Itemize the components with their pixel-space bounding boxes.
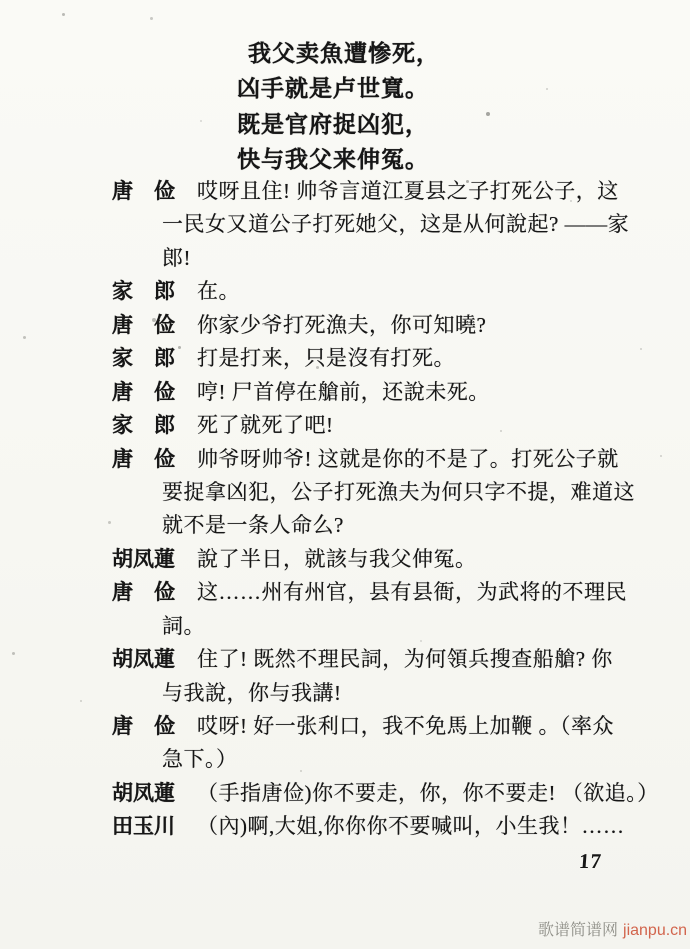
dialogue-block: 唐 俭哎呀且住! 帅爷言道江夏县之子打死公子，这一民女又道公子打死她父，这是从何… [0, 175, 690, 844]
dialogue-text: 要捉拿凶犯，公子打死漁夫为何只字不提，难道这 [162, 480, 635, 504]
scan-speckle [612, 186, 615, 189]
dialogue-text: 一民女又道公子打死她父，这是从何說起? ——家 [162, 212, 629, 236]
watermark-site-url: jianpu.cn [623, 922, 687, 939]
dialogue-text: 这……州有州官，县有县衙，为武将的不理民 [197, 580, 627, 604]
scan-speckle [150, 17, 153, 20]
scan-speckle [570, 200, 572, 202]
dialogue-line: 田玉川（內)啊,大姐,你你你不要喊叫，小生我！…… [0, 810, 690, 843]
dialogue-line: 詞。 [0, 610, 690, 643]
dialogue-text: 住了! 既然不理民詞，为何領兵搜查船艙? 你 [197, 647, 613, 671]
dialogue-line: 家 郎打是打来，只是沒有打死。 [0, 342, 690, 375]
dialogue-text: （內)啊,大姐,你你你不要喊叫，小生我！…… [197, 814, 625, 838]
speaker-name: 唐 俭 [112, 576, 175, 609]
scan-speckle [660, 455, 662, 457]
dialogue-line: 唐 俭你家少爷打死漁夫，你可知曉? [0, 309, 690, 342]
scan-speckle [80, 700, 82, 702]
dialogue-line: 唐 俭这……州有州官，县有县衙，为武将的不理民 [0, 576, 690, 609]
speaker-name: 唐 俭 [112, 443, 175, 476]
verse-line: 我父卖魚遭惨死， [0, 36, 690, 71]
scan-speckle [12, 652, 15, 655]
dialogue-line: 与我說，你与我講! [0, 677, 690, 710]
scan-speckle [178, 346, 181, 349]
dialogue-text: 說了半日，就該与我父伸冤。 [197, 547, 477, 571]
dialogue-text: 死了就死了吧! [197, 413, 334, 437]
dialogue-line: 就不是一条人命么? [0, 509, 690, 542]
scan-speckle [200, 120, 202, 122]
scan-speckle [546, 88, 548, 90]
scan-speckle [316, 366, 319, 369]
dialogue-line: 一民女又道公子打死她父，这是从何說起? ——家 [0, 208, 690, 241]
dialogue-line: 胡凤蓮（手指唐俭)你不要走，你，你不要走! （欲追。） [0, 777, 690, 810]
speaker-name: 唐 俭 [112, 309, 175, 342]
scan-speckle [500, 430, 502, 432]
speaker-name: 唐 俭 [112, 710, 175, 743]
verse-line: 快与我父来伸冤。 [0, 142, 690, 177]
dialogue-text: 就不是一条人命么? [162, 513, 344, 537]
dialogue-line: 要捉拿凶犯，公子打死漁夫为何只字不提，难道这 [0, 476, 690, 509]
speaker-name: 田玉川 [112, 810, 175, 843]
verse-block: 我父卖魚遭惨死，凶手就是卢世寬。既是官府捉凶犯，快与我父来伸冤。 [0, 36, 690, 178]
scan-speckle [152, 318, 156, 322]
speaker-name: 家 郎 [112, 409, 175, 442]
dialogue-text: 哎呀且住! 帅爷言道江夏县之子打死公子，这 [197, 179, 619, 203]
speaker-name: 胡凤蓮 [112, 777, 175, 810]
scan-speckle [420, 640, 422, 642]
scan-speckle [23, 336, 26, 339]
dialogue-text: 急下。） [162, 747, 238, 771]
script-page: 我父卖魚遭惨死，凶手就是卢世寬。既是官府捉凶犯，快与我父来伸冤。 唐 俭哎呀且住… [0, 0, 690, 949]
verse-line: 凶手就是卢世寬。 [0, 71, 690, 106]
dialogue-text: 你家少爷打死漁夫，你可知曉? [197, 313, 486, 337]
dialogue-text: 哼! 尸首停在艙前，还說未死。 [197, 380, 490, 404]
scan-speckle [62, 13, 65, 16]
dialogue-line: 家 郎在。 [0, 275, 690, 308]
scan-speckle [466, 180, 469, 183]
dialogue-line: 郎! [0, 242, 690, 275]
scan-speckle [486, 112, 490, 116]
scan-speckle [300, 770, 302, 772]
speaker-name: 唐 俭 [112, 175, 175, 208]
speaker-name: 胡凤蓮 [112, 643, 175, 676]
dialogue-text: 哎呀! 好一张利口，我不免馬上加鞭 。（率众 [197, 714, 614, 738]
speaker-name: 唐 俭 [112, 376, 175, 409]
watermark-site-name: 歌谱简谱网 [538, 922, 618, 939]
dialogue-text: 打是打来，只是沒有打死。 [197, 346, 455, 370]
dialogue-text: 与我說，你与我講! [162, 681, 342, 705]
dialogue-line: 急下。） [0, 743, 690, 776]
dialogue-line: 唐 俭哎呀且住! 帅爷言道江夏县之子打死公子，这 [0, 175, 690, 208]
dialogue-line: 胡凤蓮說了半日，就該与我父伸冤。 [0, 543, 690, 576]
page-number: 17 [578, 849, 603, 874]
watermark: 歌谱简谱网jianpu.cn [538, 917, 687, 940]
speaker-name: 家 郎 [112, 342, 175, 375]
dialogue-text: 帅爷呀帅爷! 这就是你的不是了。打死公子就 [197, 447, 619, 471]
dialogue-line: 唐 俭哎呀! 好一张利口，我不免馬上加鞭 。（率众 [0, 710, 690, 743]
dialogue-line: 胡凤蓮住了! 既然不理民詞，为何領兵搜查船艙? 你 [0, 643, 690, 676]
dialogue-line: 唐 俭哼! 尸首停在艙前，还說未死。 [0, 376, 690, 409]
dialogue-text: 郎! [162, 246, 191, 270]
speaker-name: 家 郎 [112, 275, 175, 308]
dialogue-line: 家 郎死了就死了吧! [0, 409, 690, 442]
speaker-name: 胡凤蓮 [112, 543, 175, 576]
scan-speckle [108, 521, 111, 524]
dialogue-text: （手指唐俭)你不要走，你，你不要走! （欲追。） [197, 781, 659, 805]
verse-line: 既是官府捉凶犯， [0, 107, 690, 142]
dialogue-text: 詞。 [162, 614, 205, 638]
scan-speckle [640, 348, 642, 350]
dialogue-line: 唐 俭帅爷呀帅爷! 这就是你的不是了。打死公子就 [0, 443, 690, 476]
dialogue-text: 在。 [197, 279, 240, 303]
